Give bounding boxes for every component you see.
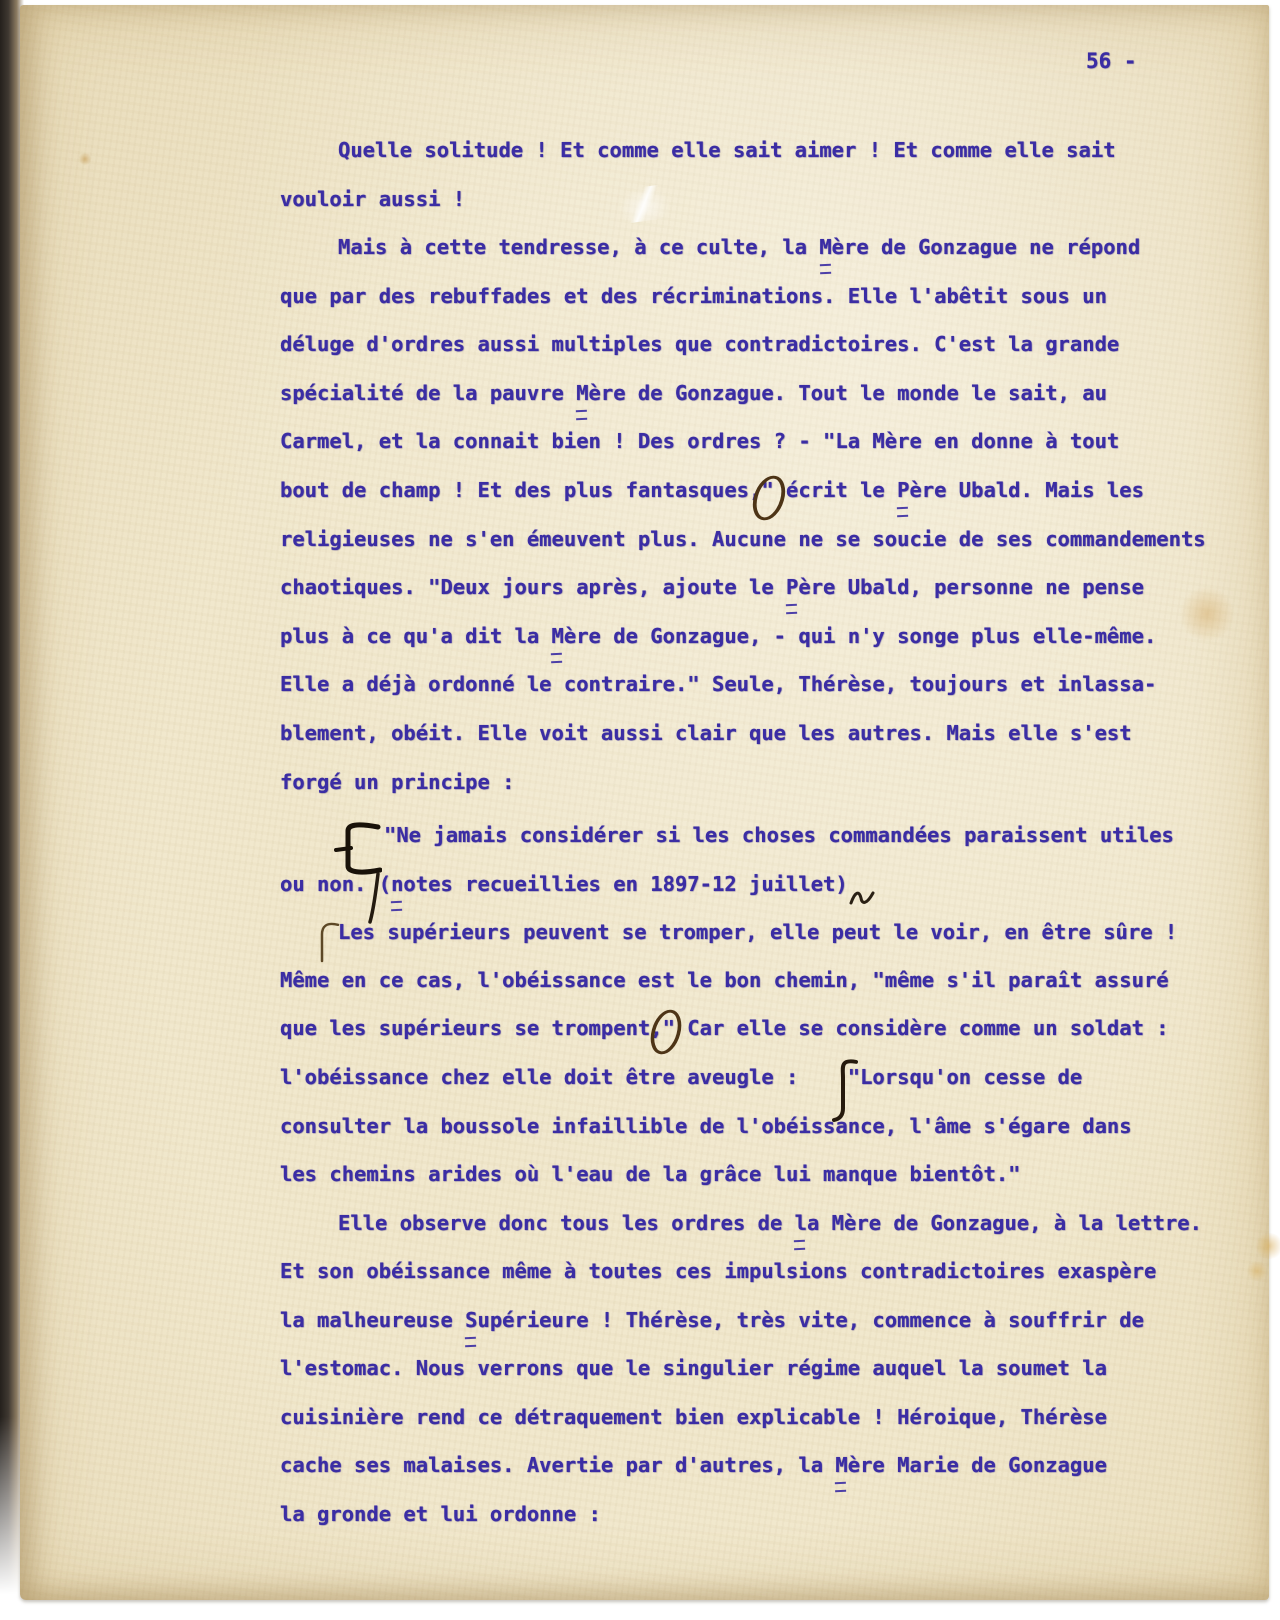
capitalization-proof-mark (391, 901, 402, 911)
text-line: cuisinière rend ce détraquement bien exp… (280, 1405, 1107, 1429)
paper-stain (78, 153, 92, 165)
text-line: bout de champ ! Et des plus fantasques,"… (280, 478, 1144, 502)
capitalization-proof-mark (794, 1240, 805, 1250)
text-line: la malheureuse Supérieure ! Thérèse, trè… (280, 1308, 1144, 1332)
text-line: spécialité de la pauvre Mère de Gonzague… (280, 381, 1107, 405)
text-line: Mais à cette tendresse, à ce culte, la M… (338, 235, 1140, 259)
text-line: Elle a déjà ordonné le contraire." Seule… (280, 672, 1156, 696)
text-line: cache ses malaises. Avertie par d'autres… (280, 1453, 1107, 1477)
text-line: que les supérieurs se trompent," Car ell… (280, 1016, 1169, 1040)
capitalization-proof-mark (786, 604, 797, 614)
handwritten-slash-mark (366, 872, 382, 924)
handwritten-bracket-curly-mark (830, 1058, 860, 1122)
capitalization-proof-mark (551, 653, 562, 663)
text-line: la gronde et lui ordonne : (280, 1502, 601, 1526)
scanned-typescript-page: 56 - Quelle solitude ! Et comme elle sai… (0, 0, 1280, 1620)
capitalization-proof-mark (576, 410, 587, 420)
text-line: Elle observe donc tous les ordres de la … (338, 1211, 1202, 1235)
text-line: Carmel, et la connait bien ! Des ordres … (280, 429, 1119, 453)
handwritten-bracket-square-mark (334, 822, 382, 876)
text-line: l'estomac. Nous verrons que le singulier… (280, 1356, 1107, 1380)
text-line: Et son obéissance même à toutes ces impu… (280, 1259, 1156, 1283)
text-line: Quelle solitude ! Et comme elle sait aim… (338, 138, 1116, 162)
text-line: les chemins arides où l'eau de la grâce … (280, 1162, 1021, 1186)
text-line: que par des rebuffades et des récriminat… (280, 284, 1107, 308)
page-number: 56 - (1086, 49, 1137, 73)
capitalization-proof-mark (835, 1482, 846, 1492)
text-line: vouloir aussi ! (280, 187, 465, 211)
text-line: blement, obéit. Elle voit aussi clair qu… (280, 721, 1132, 745)
text-line: forgé un principe : (280, 770, 515, 794)
paper-stain (1254, 1233, 1280, 1259)
handwritten-loop-mark (750, 474, 788, 522)
capitalization-proof-mark (897, 507, 908, 517)
capitalization-proof-mark (820, 264, 831, 274)
text-line: chaotiques. "Deux jours après, ajoute le… (280, 575, 1144, 599)
text-line: consulter la boussole infaillible de l'o… (280, 1114, 1132, 1138)
text-line: Les supérieurs peuvent se tromper, elle … (338, 920, 1177, 944)
text-line: plus à ce qu'a dit la Mère de Gonzague, … (280, 624, 1156, 648)
capitalization-proof-mark (465, 1337, 476, 1347)
paper-stain (1246, 1261, 1268, 1281)
text-line: l'obéissance chez elle doit être aveugle… (280, 1065, 1082, 1089)
handwritten-hook-mark (318, 921, 340, 963)
text-line: Même en ce cas, l'obéissance est le bon … (280, 968, 1169, 992)
handwritten-squiggle-mark (848, 884, 876, 910)
paper-crease (616, 184, 672, 225)
paper-stain (1178, 587, 1236, 641)
handwritten-loop-mark (648, 1008, 684, 1056)
text-line: religieuses ne s'en émeuvent plus. Aucun… (280, 527, 1206, 551)
text-line: déluge d'ordres aussi multiples que cont… (280, 332, 1119, 356)
text-line: "Ne jamais considérer si les choses comm… (384, 823, 1174, 847)
